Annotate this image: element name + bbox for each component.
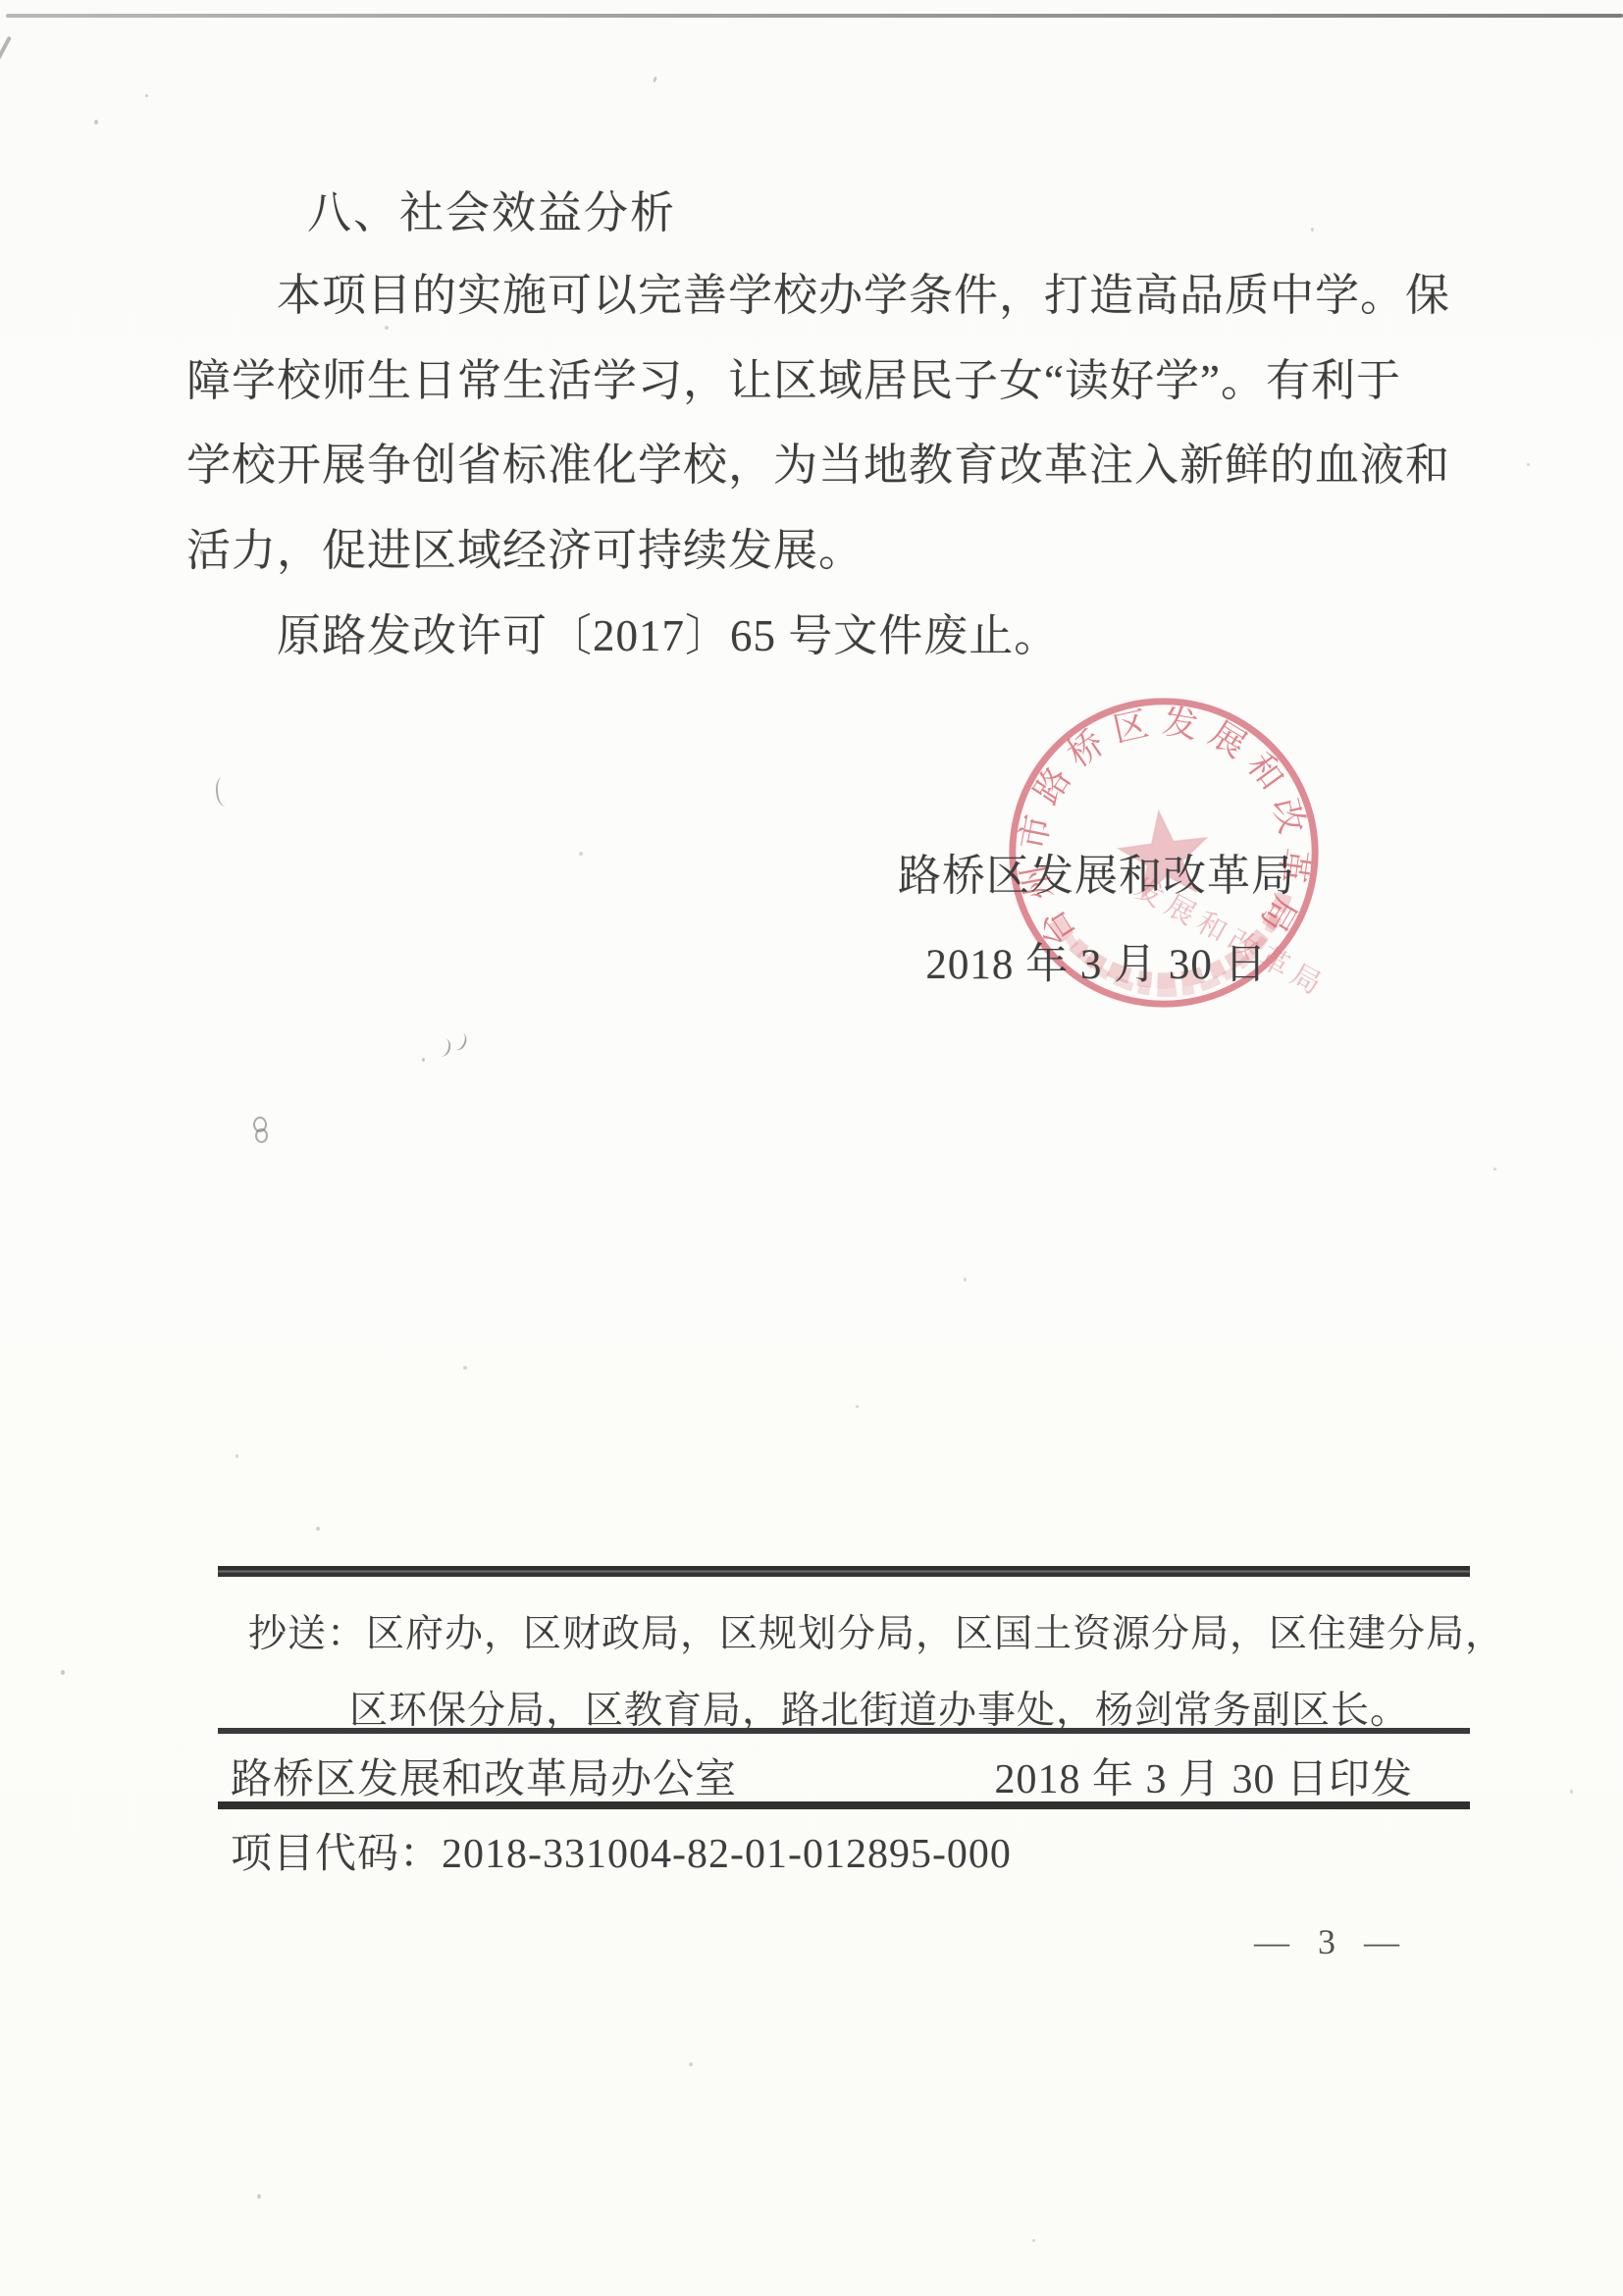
scan-speck <box>385 326 389 330</box>
scan-speck <box>236 1454 238 1458</box>
scan-speck <box>257 2194 261 2199</box>
scan-speck <box>856 1405 859 1408</box>
cc-list-line2: 区环保分局，区教育局，路北街道办事处，杨剑常务副区长。 <box>349 1680 1409 1735</box>
scan-speck <box>61 1670 65 1675</box>
scan-artifact <box>450 1030 470 1053</box>
separator-line-thick <box>218 1566 1470 1577</box>
signature-date: 2018 年 3 月 30 日 <box>878 931 1315 991</box>
signature-block: 路桥区发展和改革局 2018 年 3 月 30 日 <box>878 840 1315 991</box>
scan-speck <box>1032 2239 1035 2242</box>
paragraph-line: 本项目的实施可以完善学校办学条件，打造高品质中学。保 <box>186 259 1582 323</box>
scan-speck <box>1527 463 1530 466</box>
scan-speck <box>463 1366 467 1370</box>
scan-speck <box>964 1278 967 1281</box>
scan-artifact <box>255 1128 268 1143</box>
scan-speck <box>1493 1168 1496 1171</box>
separator-line-bottom <box>218 1801 1470 1809</box>
scan-speck <box>422 1058 425 1062</box>
scan-speck <box>1311 228 1314 232</box>
page-number: — 3 — <box>1254 1921 1409 1962</box>
scan-artifact <box>214 776 233 808</box>
paragraph-line: 学校开展争创省标准化学校，为当地教育改革注入新鲜的血液和 <box>186 429 1492 493</box>
cc-list-line1: 抄送：区府办，区财政局，区规划分局，区国土资源分局，区住建分局， <box>248 1603 1504 1658</box>
scan-speck <box>94 120 98 125</box>
section-heading: 八、社会效益分析 <box>307 177 676 240</box>
scan-speck <box>689 2062 693 2066</box>
paragraph-line: 活力，促进区域经济可持续发展。 <box>186 514 1492 578</box>
scan-speck <box>1570 1790 1573 1794</box>
paragraph-line: 障学校师生日常生活学习，让区域居民子女“读好学”。有利于 <box>186 344 1492 408</box>
project-code: 项目代码：2018-331004-82-01-012895-000 <box>231 1821 1012 1880</box>
document-page: 八、社会效益分析 本项目的实施可以完善学校办学条件，打造高品质中学。保 障学校师… <box>0 0 1623 2296</box>
paragraph-line: 原路发改许可〔2017〕65 号文件废止。 <box>186 600 1582 663</box>
print-date: 2018 年 3 月 30 日印发 <box>994 1747 1413 1805</box>
scan-speck <box>145 94 148 97</box>
signature-agency: 路桥区发展和改革局 <box>878 840 1315 903</box>
issuing-office: 路桥区发展和改革局办公室 <box>231 1747 737 1805</box>
scan-speck <box>316 1527 320 1531</box>
scan-speck <box>653 77 657 83</box>
scan-corner-smudge <box>0 36 12 61</box>
scan-top-edge-line <box>6 14 1623 18</box>
separator-line-middle <box>218 1728 1470 1734</box>
scan-speck <box>579 852 583 856</box>
issuing-office-row: 路桥区发展和改革局办公室 2018 年 3 月 30 日印发 <box>231 1747 1413 1805</box>
